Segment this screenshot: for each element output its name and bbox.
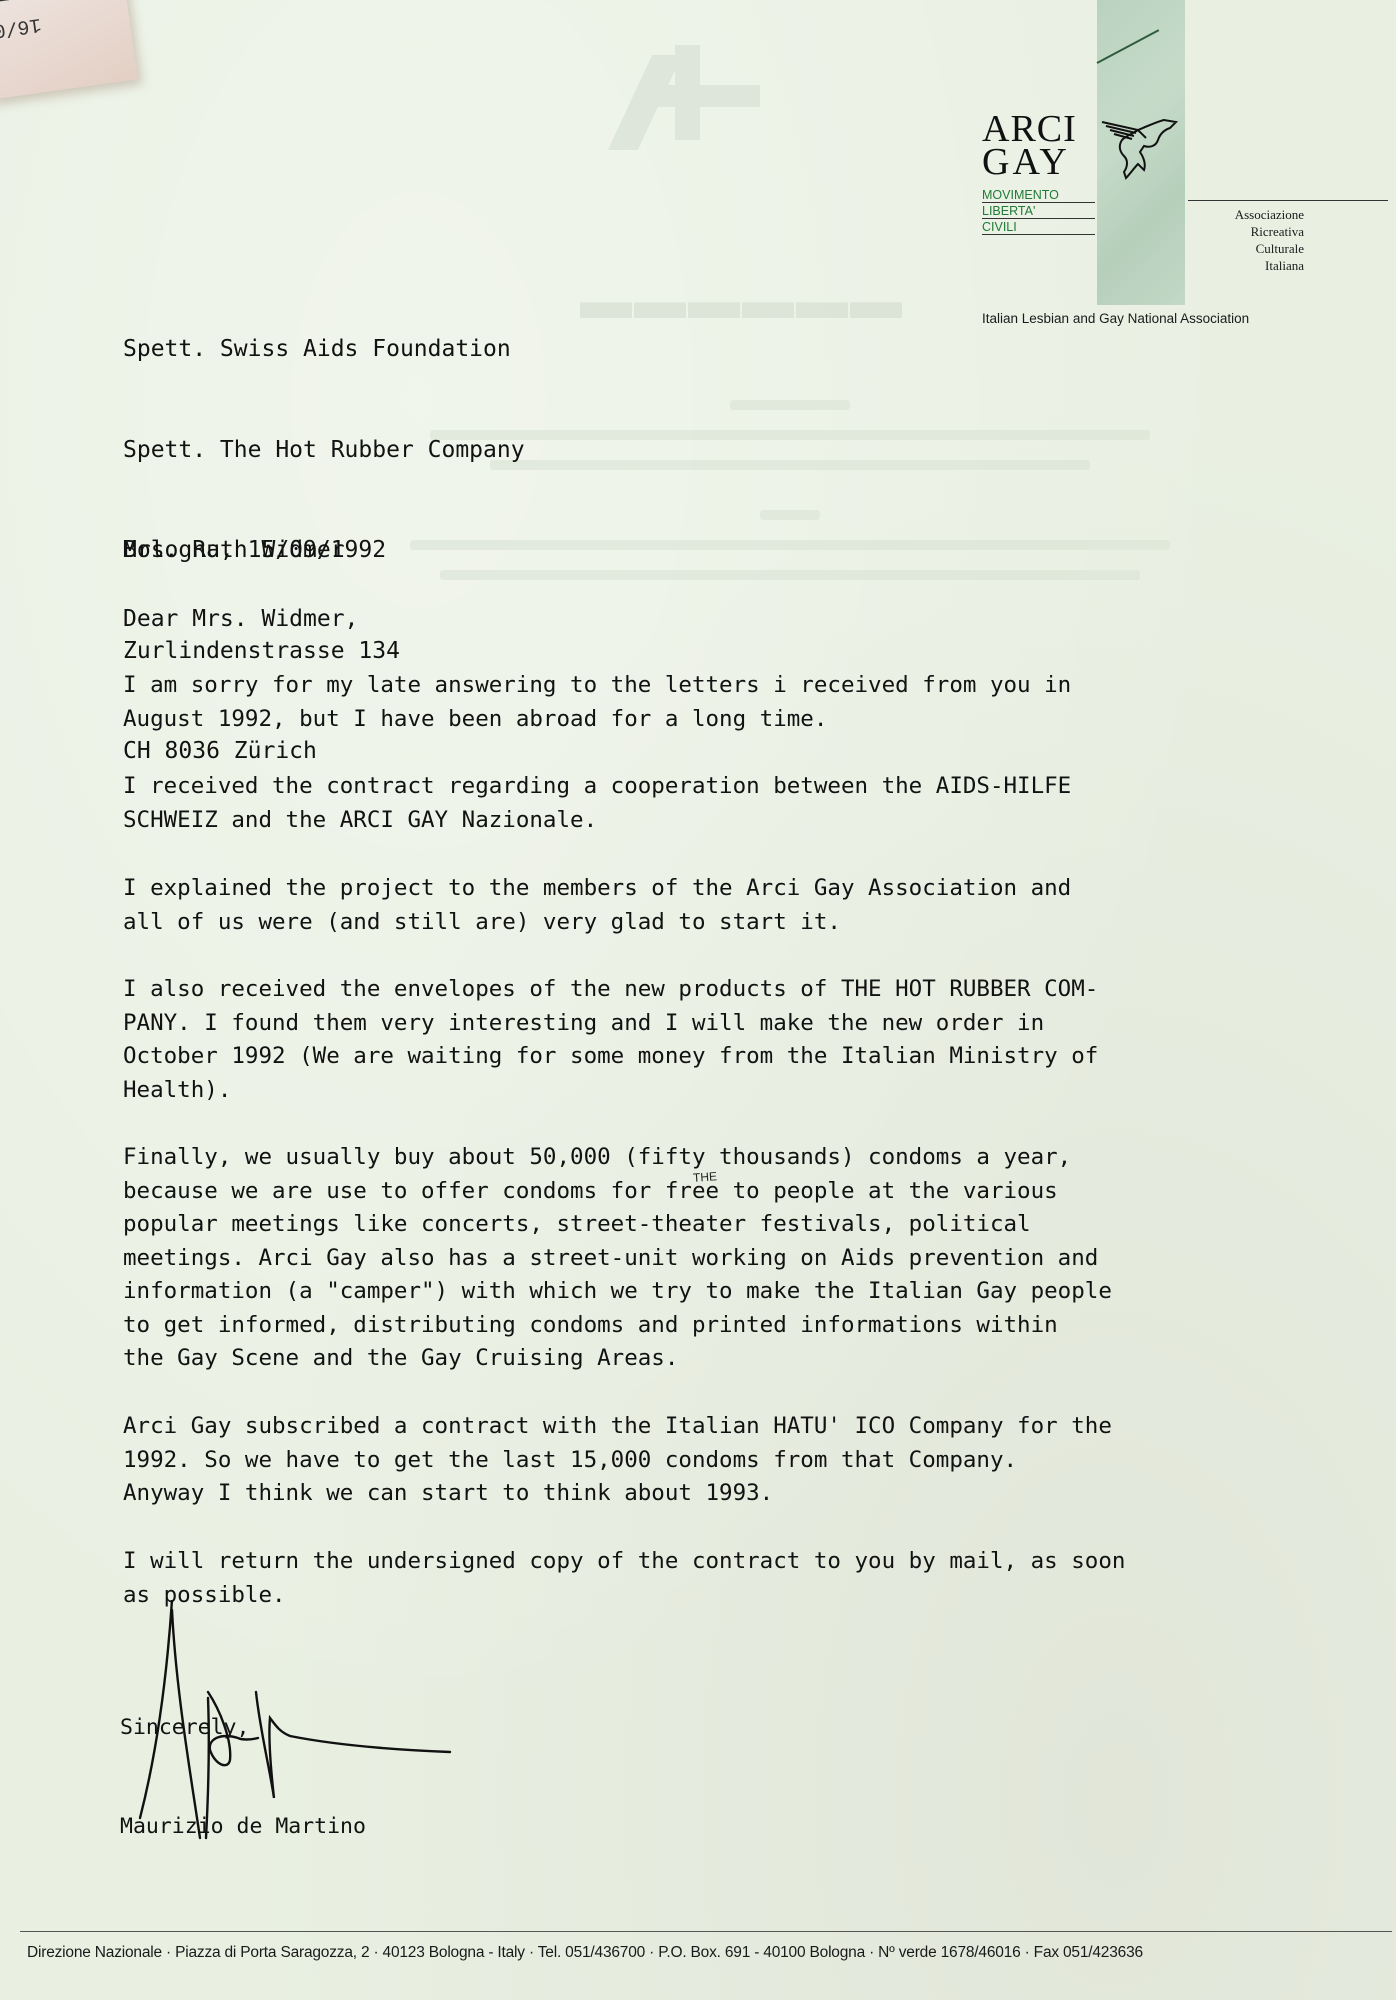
date-line: Bologna, 15/09/1992 — [123, 534, 386, 568]
stamp-box — [0, 0, 9, 5]
address-line: Zurlindenstrasse 134 — [123, 635, 525, 669]
assoc-line: Ricreativa — [1235, 223, 1304, 240]
pegasus-icon — [1098, 116, 1180, 182]
footer-rule — [20, 1931, 1392, 1932]
valediction: Sincerely, — [120, 1711, 366, 1744]
signer-name: Maurizio de Martino — [120, 1810, 366, 1843]
bleed-through-logo — [620, 45, 760, 155]
motto-line: LIBERTA' — [982, 203, 1095, 219]
motto-line: MOVIMENTO — [982, 187, 1095, 203]
closing-block: Sincerely, Maurizio de Martino — [120, 1645, 366, 1876]
date-stamp: 16/09 — [0, 0, 138, 100]
salutation: Dear Mrs. Widmer, — [123, 603, 358, 637]
address-line: CH 8036 Zürich — [123, 735, 525, 769]
org-name-line2: GAY — [982, 146, 1077, 179]
association-type: Associazione Ricreativa Culturale Italia… — [1235, 206, 1304, 274]
org-english-name: Italian Lesbian and Gay National Associa… — [982, 311, 1249, 326]
body-paragraph: Arci Gay subscribed a contract with the … — [123, 1410, 1203, 1511]
body-paragraph: Finally, we usually buy about 50,000 (fi… — [123, 1141, 1203, 1376]
address-line: Spett. The Hot Rubber Company — [123, 434, 525, 468]
body-paragraph: I explained the project to the members o… — [123, 872, 1203, 939]
body-paragraph: I will return the undersigned copy of th… — [123, 1545, 1203, 1612]
body-paragraph: I am sorry for my late answering to the … — [123, 669, 1203, 736]
stamp-text: 16/09 — [0, 12, 43, 43]
address-line: Spett. Swiss Aids Foundation — [123, 333, 525, 367]
assoc-line: Italiana — [1235, 257, 1304, 274]
assoc-line: Associazione — [1235, 206, 1304, 223]
motto-line: CIVILI — [982, 219, 1095, 235]
org-motto: MOVIMENTO LIBERTA' CIVILI — [982, 187, 1095, 235]
letterhead-rule — [1188, 200, 1388, 201]
body-paragraph: I received the contract regarding a coop… — [123, 770, 1203, 837]
org-logo-text: ARCI GAY — [982, 113, 1077, 179]
handwritten-insert: THE — [693, 1169, 718, 1185]
assoc-line: Culturale — [1235, 240, 1304, 257]
bleed-through-heading: ▬▬▬▬▬▬ — [580, 272, 904, 331]
body-paragraph: I also received the envelopes of the new… — [123, 973, 1203, 1107]
letterhead-footer: Direzione Nazionale · Piazza di Porta Sa… — [27, 1944, 1143, 1962]
